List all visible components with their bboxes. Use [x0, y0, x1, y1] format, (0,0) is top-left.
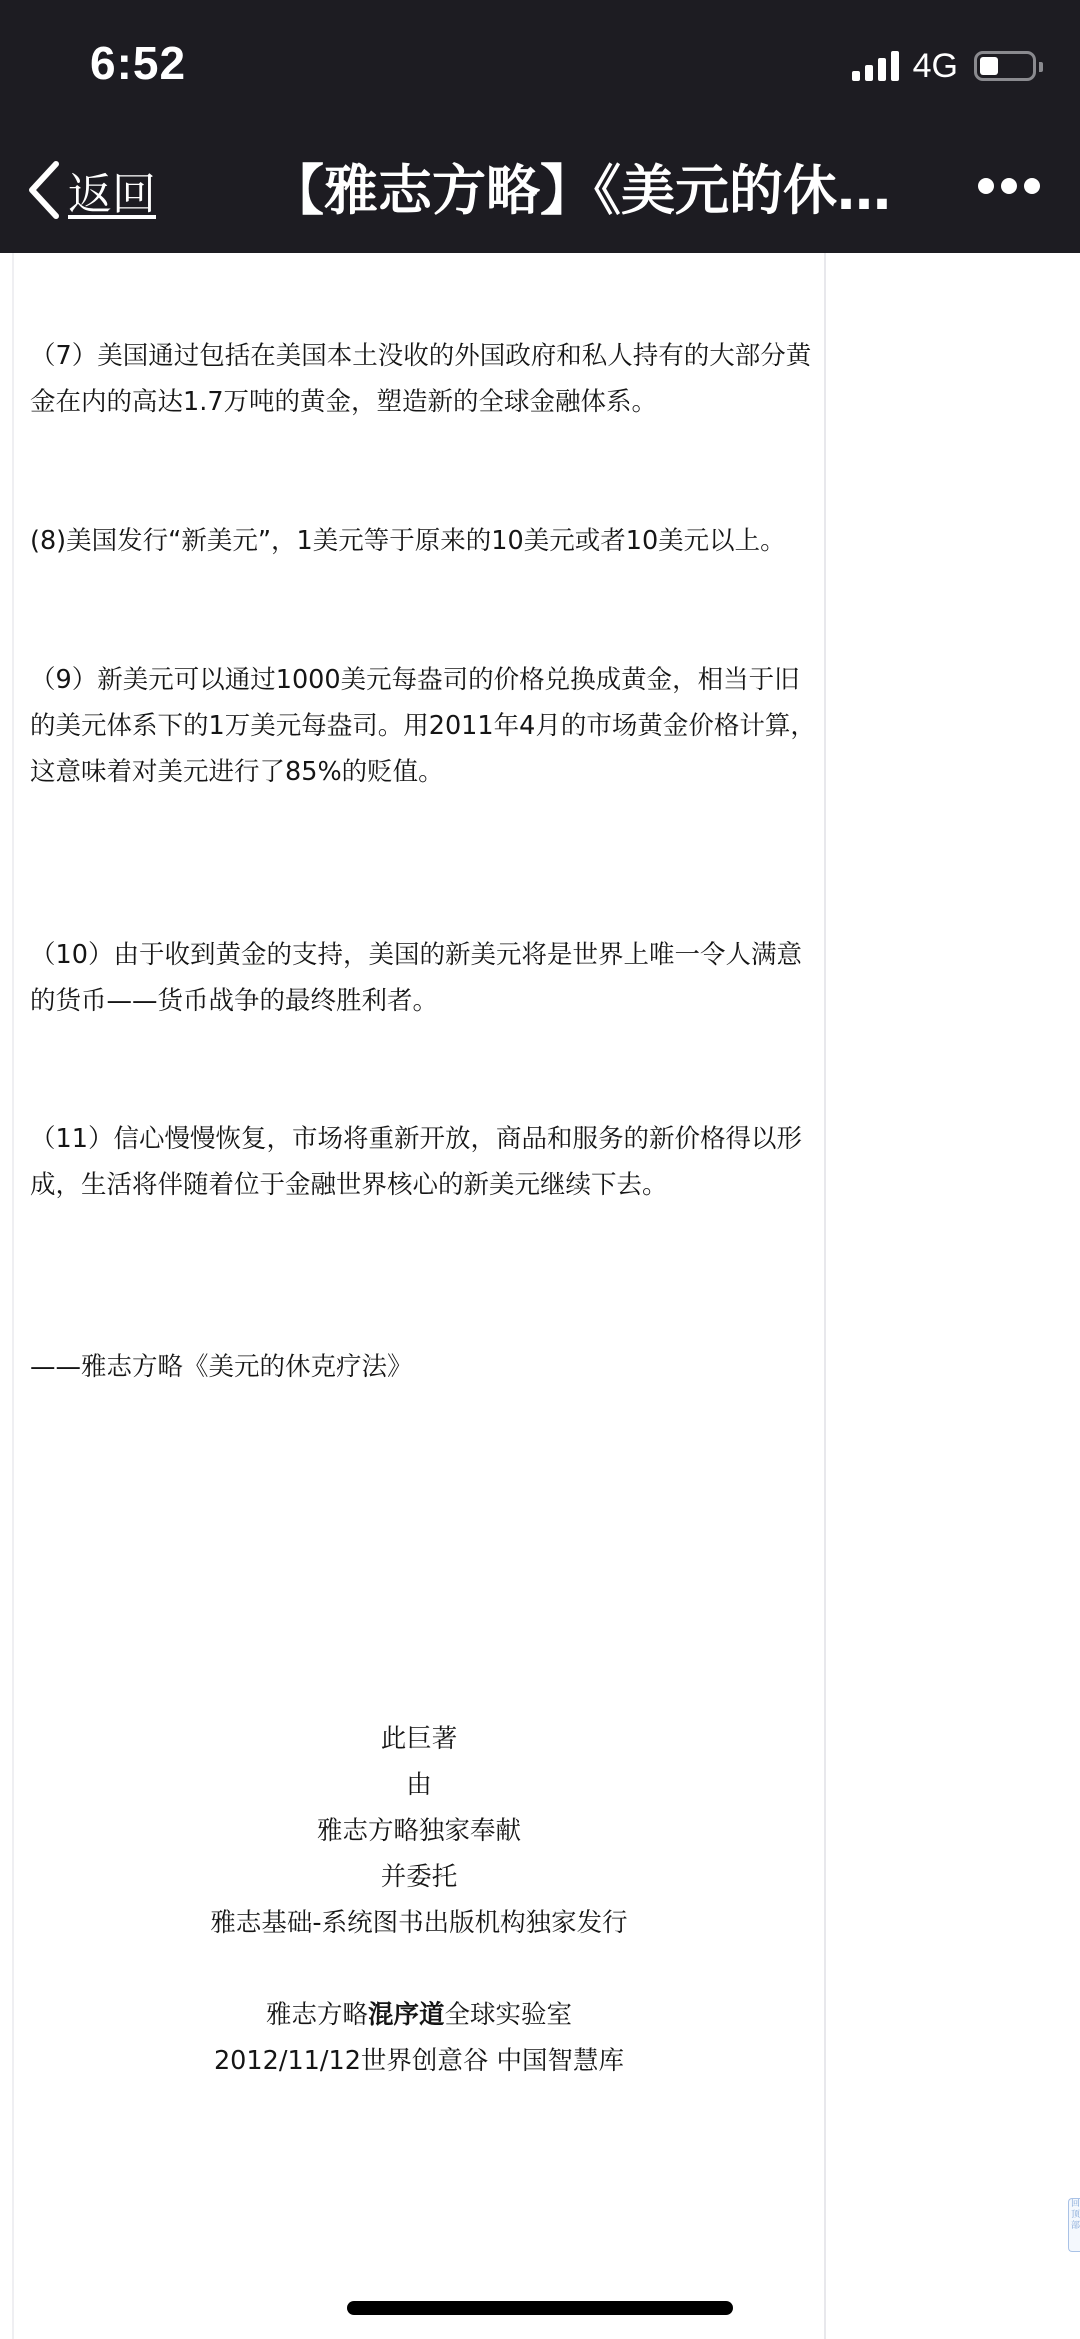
credit-line: 由 — [14, 1762, 824, 1808]
paragraph-11: （11）信心慢慢恢复，市场将重新开放，商品和服务的新价格得以形成，生活将伴随着位… — [30, 1116, 820, 1208]
more-dot — [1001, 178, 1017, 194]
home-indicator[interactable] — [347, 2301, 733, 2315]
credits-block: 此巨著 由 雅志方略独家奉献 并委托 雅志基础-系统图书出版机构独家发行 雅志方… — [14, 1716, 824, 2084]
more-horizontal-icon — [978, 178, 994, 194]
paragraph-7: （7）美国通过包括在美国本土没收的外国政府和私人持有的大部分黄金在内的高达1.7… — [30, 333, 820, 425]
lab-bold: 混序道 — [368, 2000, 445, 2030]
date-line: 2012/11/12世界创意谷 中国智慧库 — [14, 2038, 824, 2084]
article-page: （7）美国通过包括在美国本土没收的外国政府和私人持有的大部分黄金在内的高达1.7… — [12, 253, 826, 2339]
network-type: 4G — [913, 47, 958, 86]
top-bar: 6:52 4G 返回 【雅志方略】《美元的休克疗法》 — [0, 0, 1080, 253]
back-button[interactable]: 返回 — [26, 160, 156, 220]
credit-line: 雅志基础-系统图书出版机构独家发行 — [14, 1900, 824, 1946]
credit-line: 此巨著 — [14, 1716, 824, 1762]
more-button[interactable] — [978, 178, 1040, 194]
paragraph-8: (8)美国发行“新美元”，1美元等于原来的10美元或者10美元以上。 — [30, 518, 820, 564]
back-label: 返回 — [68, 158, 156, 222]
paragraph-10: （10）由于收到黄金的支持，美国的新美元将是世界上唯一令人满意的货币——货币战争… — [30, 932, 820, 1024]
more-dot — [1024, 178, 1040, 194]
battery-icon — [974, 51, 1036, 81]
credit-line: 雅志方略独家奉献 — [14, 1808, 824, 1854]
back-to-top-button[interactable]: 回顶部 — [1068, 2198, 1080, 2252]
credit-line: 并委托 — [14, 1854, 824, 1900]
spacer — [14, 1946, 824, 1992]
status-indicators: 4G — [852, 46, 1036, 86]
lab-line: 雅志方略混序道全球实验室 — [14, 1992, 824, 2038]
page-title: 【雅志方略】《美元的休克疗法》 — [270, 156, 910, 226]
lab-prefix: 雅志方略 — [266, 2000, 368, 2030]
chevron-left-icon — [26, 160, 62, 220]
status-time: 6:52 — [90, 36, 186, 90]
signature: ——雅志方略《美元的休克疗法》 — [30, 1344, 413, 1390]
paragraph-9: （9）新美元可以通过1000美元每盎司的价格兑换成黄金，相当于旧的美元体系下的1… — [30, 657, 820, 795]
cellular-signal-icon — [852, 51, 899, 81]
lab-suffix: 全球实验室 — [445, 2000, 573, 2030]
